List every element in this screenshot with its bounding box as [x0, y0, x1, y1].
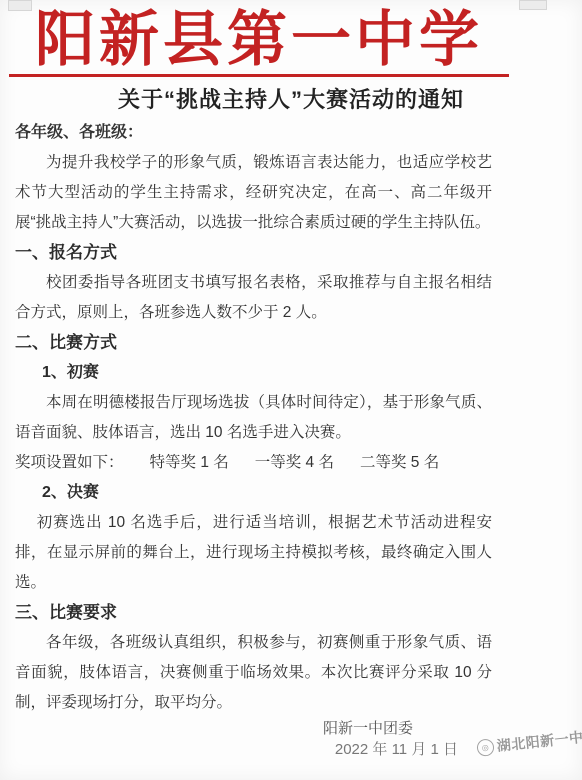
signature-date: 2022 年 11 月 1 日: [15, 740, 492, 760]
award-second-prize: 二等奖 5 名: [360, 454, 439, 471]
section-1-paragraph: 校团委指导各班团支书填写报名表格，采取推荐与自主报名相结合方式，原则上，各班参选…: [15, 268, 492, 328]
subsection-preliminary-paragraph: 本周在明德楼报告厅现场选拔（具体时间待定），基于形象气质、语音面貌、肢体语言，选…: [15, 388, 492, 448]
signature-org: 阳新一中团委: [15, 718, 492, 740]
watermark-text: 湖北阳新一中: [496, 727, 582, 756]
section-1-heading: 一、报名方式: [15, 238, 492, 268]
section-2-heading: 二、比赛方式: [15, 328, 492, 358]
intro-paragraph: 为提升我校学子的形象气质，锻炼语言表达能力，也适应学校艺术节大型活动的学生主持需…: [15, 148, 492, 238]
awards-line: 奖项设置如下：特等奖 1 名一等奖 4 名二等奖 5 名: [15, 448, 492, 478]
award-first-prize: 一等奖 4 名: [255, 454, 334, 471]
subsection-final-paragraph: 初赛选出 10 名选手后，进行适当培训，根据艺术节活动进程安排，在显示屏前的舞台…: [15, 508, 492, 598]
scan-artifact-top-right: [519, 0, 547, 10]
salutation: 各年级、各班级：: [15, 118, 492, 148]
subsection-final-heading: 2、决赛: [42, 478, 492, 508]
notice-title: 关于“挑战主持人”大赛活动的通知: [0, 86, 582, 114]
notice-document-page: { "colors": { "title_red": "#c32222", "b…: [0, 0, 582, 780]
section-3-heading: 三、比赛要求: [15, 598, 492, 628]
subsection-preliminary-heading: 1、初赛: [42, 358, 492, 388]
round-seal-icon: ◎: [476, 738, 495, 757]
school-title-block: 阳新县第一中学: [9, 9, 509, 77]
section-3-paragraph: 各年级，各班级认真组织，积极参与，初赛侧重于形象气质、语音面貌，肢体语言，决赛侧…: [15, 628, 492, 718]
awards-label: 奖项设置如下：: [15, 454, 124, 471]
school-title: 阳新县第一中学: [9, 9, 509, 71]
notice-body: 各年级、各班级： 为提升我校学子的形象气质，锻炼语言表达能力，也适应学校艺术节大…: [15, 118, 492, 760]
award-special-prize: 特等奖 1 名: [150, 454, 229, 471]
scan-artifact-top-left: [8, 0, 32, 11]
